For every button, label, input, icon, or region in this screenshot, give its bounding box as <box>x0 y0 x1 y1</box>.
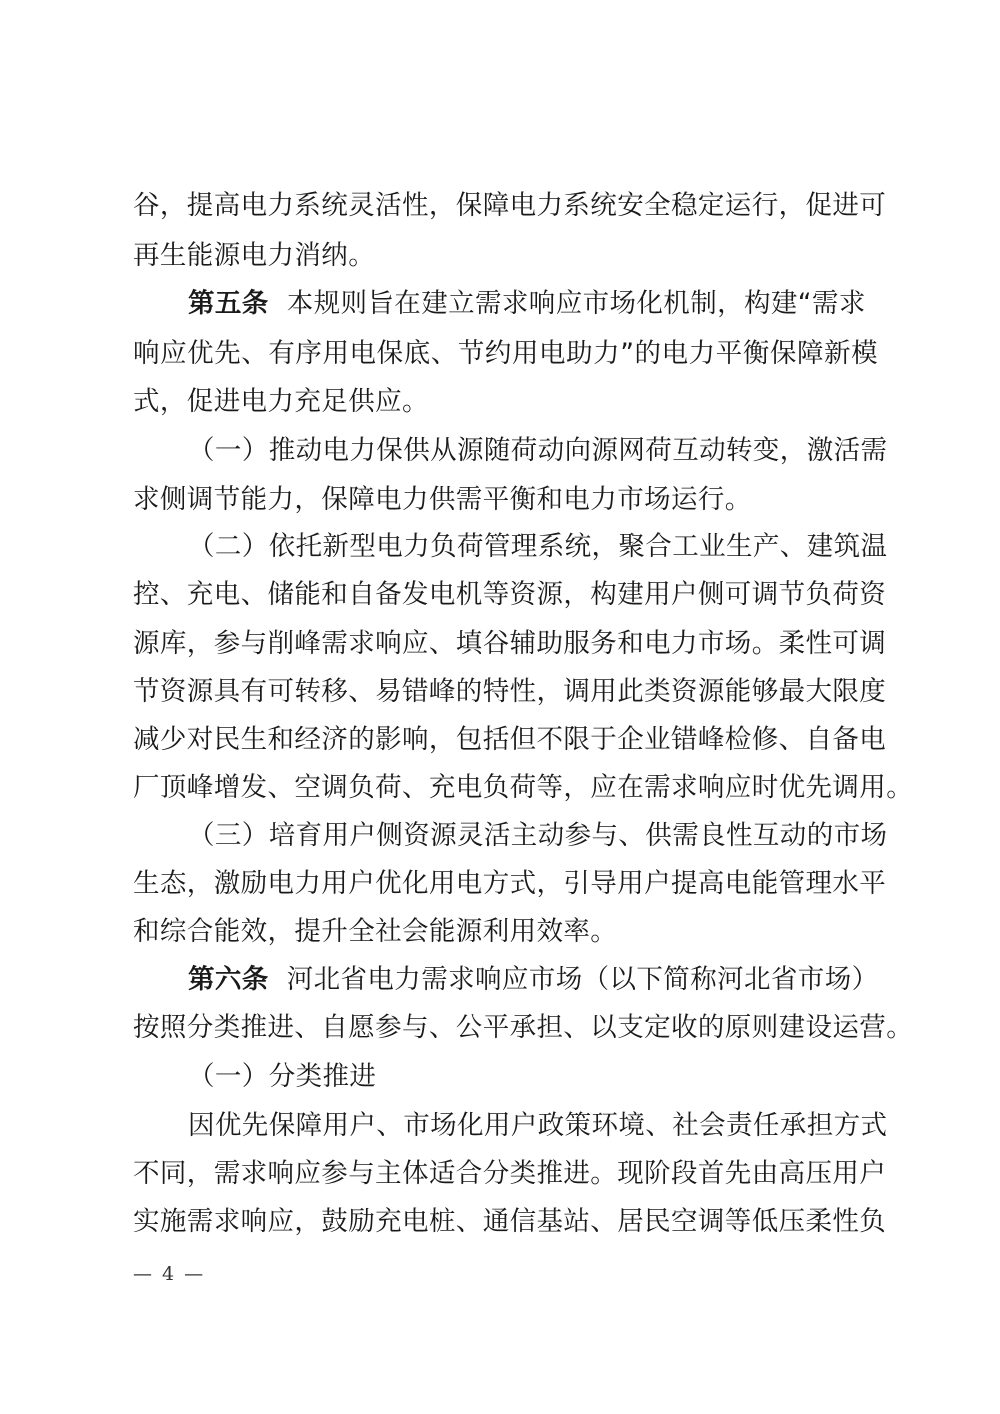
article-6-heading-line: 第六条河北省电力需求响应市场（以下简称河北省市场） <box>188 960 878 1000</box>
text-line: （二）依托新型电力负荷管理系统，聚合工业生产、建筑温 <box>188 527 878 567</box>
text-line: 实施需求响应，鼓励充电桩、通信基站、居民空调等低压柔性负 <box>133 1202 878 1242</box>
article-label: 第五条 <box>188 288 269 319</box>
text-line: 和综合能效，提升全社会能源利用效率。 <box>133 912 878 952</box>
text-line: 再生能源电力消纳。 <box>133 236 878 276</box>
text-line: 厂顶峰增发、空调负荷、充电负荷等，应在需求响应时优先调用。 <box>133 768 878 808</box>
text-line: 按照分类推进、自愿参与、公平承担、以支定收的原则建设运营。 <box>133 1008 878 1048</box>
text-line: 控、充电、储能和自备发电机等资源，构建用户侧可调节负荷资 <box>133 575 878 615</box>
text-line: 谷，提高电力系统灵活性，保障电力系统安全稳定运行，促进可 <box>133 186 878 226</box>
article-label: 第六条 <box>188 964 269 995</box>
text-span: 本规则旨在建立需求响应市场化机制，构建“需求 <box>287 288 866 319</box>
article-5-heading-line: 第五条本规则旨在建立需求响应市场化机制，构建“需求 <box>188 284 878 324</box>
subsection-heading: （一）分类推进 <box>188 1057 878 1097</box>
text-line: 不同，需求响应参与主体适合分类推进。现阶段首先由高压用户 <box>133 1154 878 1194</box>
text-line: 式，促进电力充足供应。 <box>133 382 878 422</box>
text-line: （三）培育用户侧资源灵活主动参与、供需良性互动的市场 <box>188 816 878 856</box>
text-line: 因优先保障用户、市场化用户政策环境、社会责任承担方式 <box>188 1106 878 1146</box>
text-span: 河北省电力需求响应市场（以下简称河北省市场） <box>287 964 879 995</box>
text-line: 节资源具有可转移、易错峰的特性，调用此类资源能够最大限度 <box>133 672 878 712</box>
text-line: 减少对民生和经济的影响，包括但不限于企业错峰检修、自备电 <box>133 720 878 760</box>
text-line: 响应优先、有序用电保底、节约用电助力”的电力平衡保障新模 <box>133 334 878 374</box>
text-line: 源库，参与削峰需求响应、填谷辅助服务和电力市场。柔性可调 <box>133 624 878 664</box>
text-line: 生态，激励电力用户优化用电方式，引导用户提高电能管理水平 <box>133 864 878 904</box>
document-page: 谷，提高电力系统灵活性，保障电力系统安全稳定运行，促进可 再生能源电力消纳。 第… <box>0 0 1000 1414</box>
text-line: 求侧调节能力，保障电力供需平衡和电力市场运行。 <box>133 480 878 520</box>
text-line: （一）推动电力保供从源随荷动向源网荷互动转变，激活需 <box>188 431 878 471</box>
page-number: — 4 — <box>133 1263 205 1285</box>
